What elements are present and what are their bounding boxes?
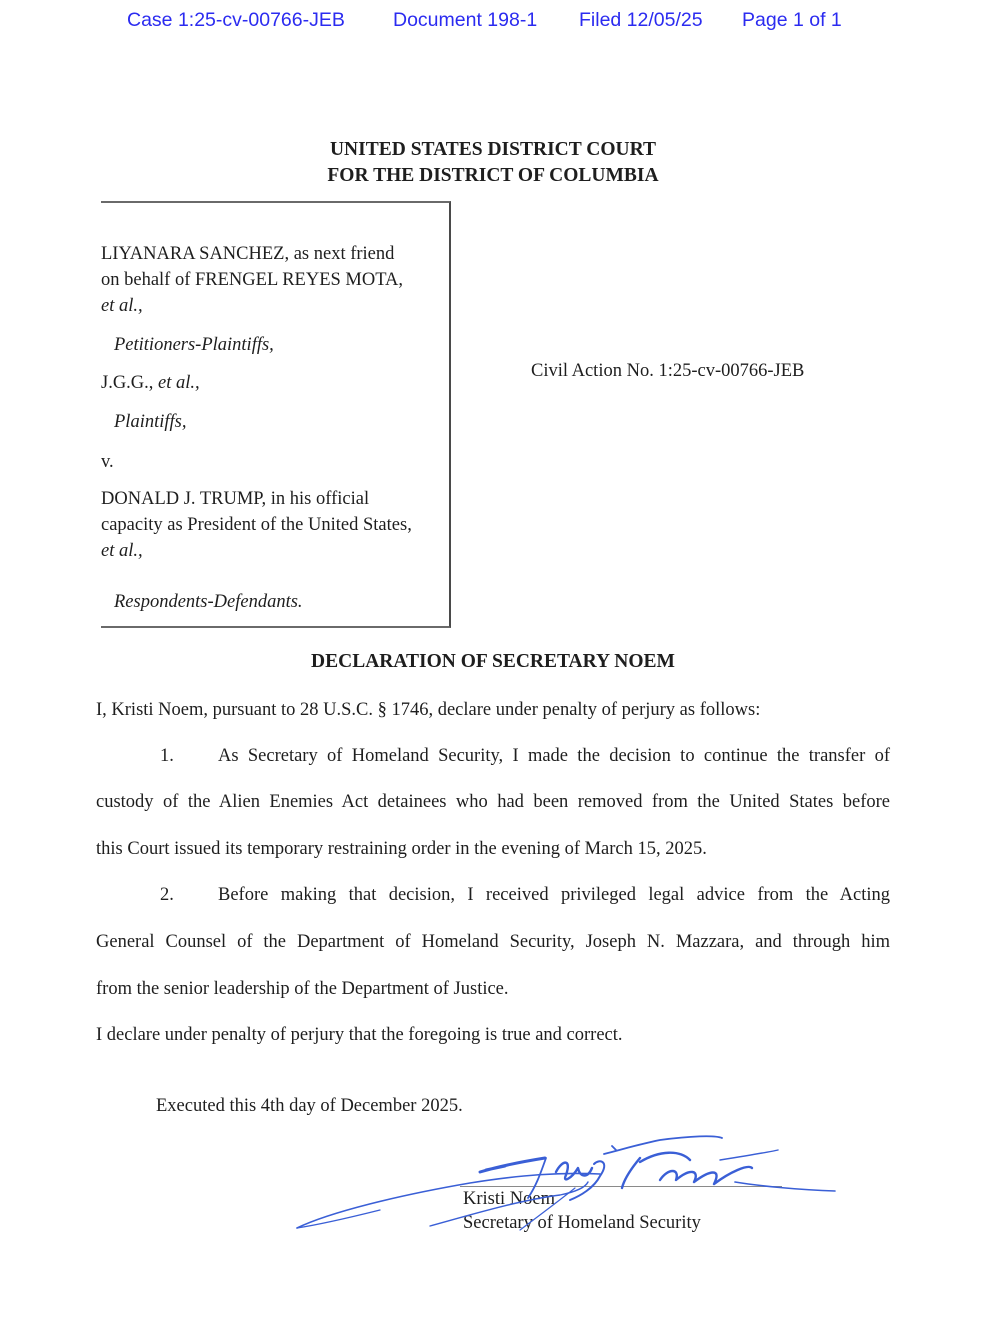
paragraph-2-number: 2.: [160, 885, 174, 906]
paragraph-2-line-1: Before making that decision, I received …: [218, 885, 890, 906]
versus: v.: [101, 452, 114, 473]
declaration-title: DECLARATION OF SECRETARY NOEM: [0, 651, 986, 673]
signer-title: Secretary of Homeland Security: [463, 1213, 701, 1234]
respondent-line-2: capacity as President of the United Stat…: [101, 515, 412, 536]
signature-line: [460, 1186, 782, 1187]
court-district: FOR THE DISTRICT OF COLUMBIA: [0, 165, 986, 187]
page-indicator: Page 1 of 1: [742, 9, 842, 32]
court-name: UNITED STATES DISTRICT COURT: [0, 139, 986, 161]
petitioner-line-1: LIYANARA SANCHEZ, as next friend: [101, 244, 394, 265]
respondent-etal: et al.,: [101, 541, 143, 562]
paragraph-2-line-2: General Counsel of the Department of Hom…: [96, 932, 890, 953]
plaintiff-role: Plaintiffs,: [114, 412, 186, 433]
paragraph-1-line-1: As Secretary of Homeland Security, I mad…: [218, 746, 890, 767]
petitioner-line-2: on behalf of FRENGEL REYES MOTA,: [101, 270, 403, 291]
paragraph-1-line-3: this Court issued its temporary restrain…: [96, 839, 707, 860]
paragraph-1-line-2: custody of the Alien Enemies Act detaine…: [96, 792, 890, 813]
paragraph-1-number: 1.: [160, 746, 174, 767]
closing-statement: I declare under penalty of perjury that …: [96, 1025, 623, 1046]
execution-date: Executed this 4th day of December 2025.: [156, 1096, 463, 1117]
civil-action-number: Civil Action No. 1:25-cv-00766-JEB: [531, 361, 804, 382]
respondent-role: Respondents-Defendants.: [114, 592, 303, 613]
respondent-line-1: DONALD J. TRUMP, in his official: [101, 489, 369, 510]
plaintiff-name: J.G.G., et al.,: [101, 373, 200, 394]
intro-statement: I, Kristi Noem, pursuant to 28 U.S.C. § …: [96, 700, 760, 721]
petitioner-role: Petitioners-Plaintiffs,: [114, 335, 274, 356]
case-number: Case 1:25-cv-00766-JEB: [127, 9, 345, 32]
ecf-header: Case 1:25-cv-00766-JEB Document 198-1 Fi…: [0, 9, 996, 37]
filed-date: Filed 12/05/25: [579, 9, 703, 32]
petitioner-etal: et al.,: [101, 296, 143, 317]
signer-name: Kristi Noem: [463, 1189, 555, 1210]
document-number: Document 198-1: [393, 9, 537, 32]
paragraph-2-line-3: from the senior leadership of the Depart…: [96, 979, 509, 1000]
